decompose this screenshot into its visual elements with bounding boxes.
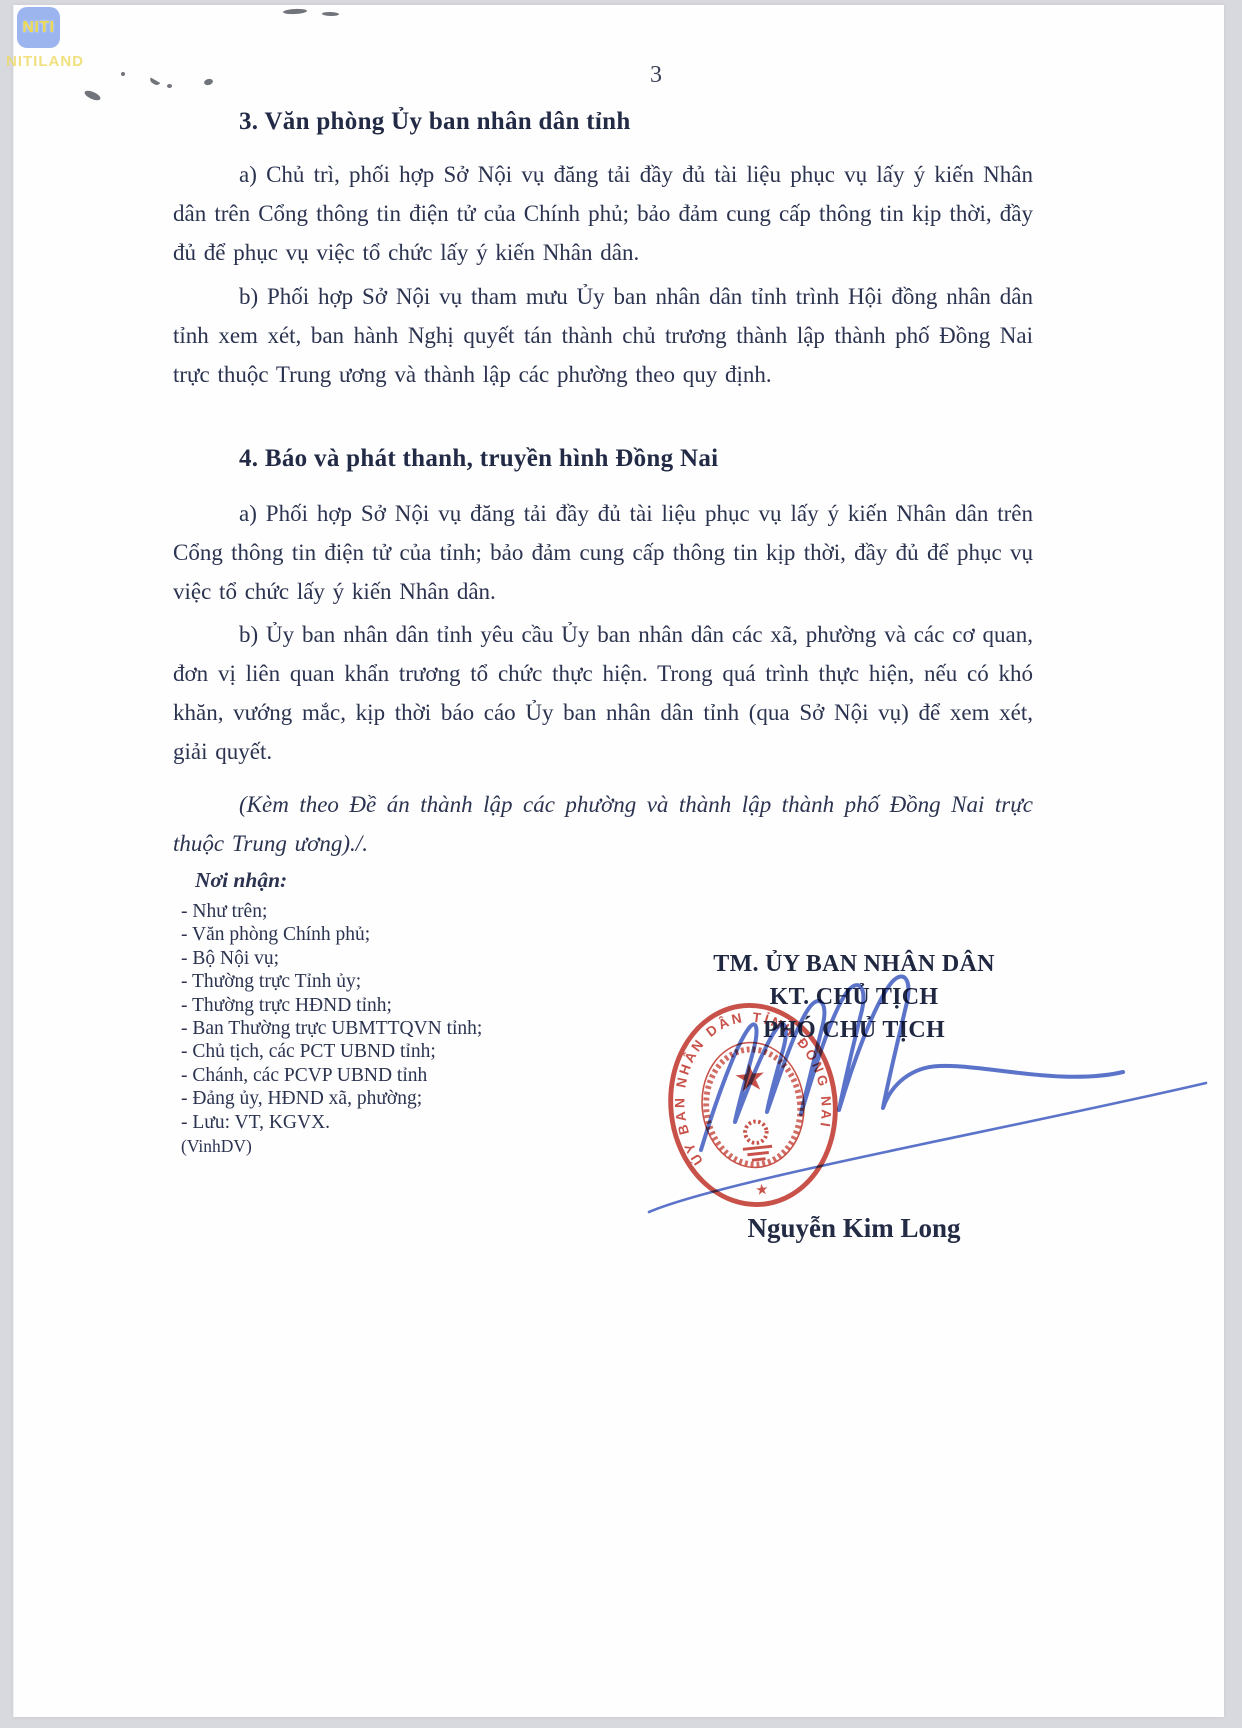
recipient-item: - Như trên; — [181, 900, 611, 923]
clerk-initials: (VinhDV) — [181, 1136, 611, 1157]
recipients-block: Nơi nhận: - Như trên; - Văn phòng Chính … — [181, 868, 611, 1157]
recipient-item: - Lưu: VT, KGVX. — [181, 1111, 611, 1134]
document-body: 3. Văn phòng Ủy ban nhân dân tỉnh a) Chủ… — [173, 5, 1033, 1717]
scan-artifact — [121, 72, 125, 76]
brand-logo-text: NITI — [22, 19, 54, 37]
section-3-paragraph-b: b) Phối hợp Sở Nội vụ tham mưu Ủy ban nh… — [173, 277, 1033, 394]
brand-watermark: NITI NITILAND — [17, 7, 84, 70]
section-4-heading: 4. Báo và phát thanh, truyền hình Đồng N… — [173, 445, 1033, 473]
section-3-paragraph-a: a) Chủ trì, phối hợp Sở Nội vụ đăng tải … — [173, 155, 1033, 272]
recipient-item: - Thường trực HĐND tỉnh; — [181, 994, 611, 1017]
document-page: 3 3. Văn phòng Ủy ban nhân dân tỉnh a) C… — [13, 5, 1224, 1717]
handwritten-signature — [604, 940, 1224, 1240]
recipient-item: - Văn phòng Chính phủ; — [181, 923, 611, 946]
recipient-item: - Chủ tịch, các PCT UBND tỉnh; — [181, 1040, 611, 1063]
recipients-label: Nơi nhận: — [181, 868, 611, 893]
brand-name: NITILAND — [6, 53, 84, 70]
scanned-document-screen: { "brand": { "logo": "NITI", "name": "NI… — [0, 0, 1242, 1728]
recipient-item: - Ban Thường trực UBMTTQVN tỉnh; — [181, 1017, 611, 1040]
scan-artifact — [167, 84, 172, 88]
section-4-paragraph-b: b) Ủy ban nhân dân tỉnh yêu cầu Ủy ban n… — [173, 615, 1033, 771]
brand-logo-icon: NITI — [17, 7, 60, 48]
recipient-item: - Bộ Nội vụ; — [181, 947, 611, 970]
section-4-paragraph-a: a) Phối hợp Sở Nội vụ đăng tải đầy đủ tà… — [173, 494, 1033, 611]
recipient-item: - Thường trực Tỉnh ủy; — [181, 970, 611, 993]
section-3-heading: 3. Văn phòng Ủy ban nhân dân tỉnh — [173, 108, 1033, 136]
recipient-item: - Chánh, các PCVP UBND tỉnh — [181, 1064, 611, 1087]
attachment-note: (Kèm theo Đề án thành lập các phường và … — [173, 785, 1033, 863]
recipient-item: - Đảng ủy, HĐND xã, phường; — [181, 1087, 611, 1110]
